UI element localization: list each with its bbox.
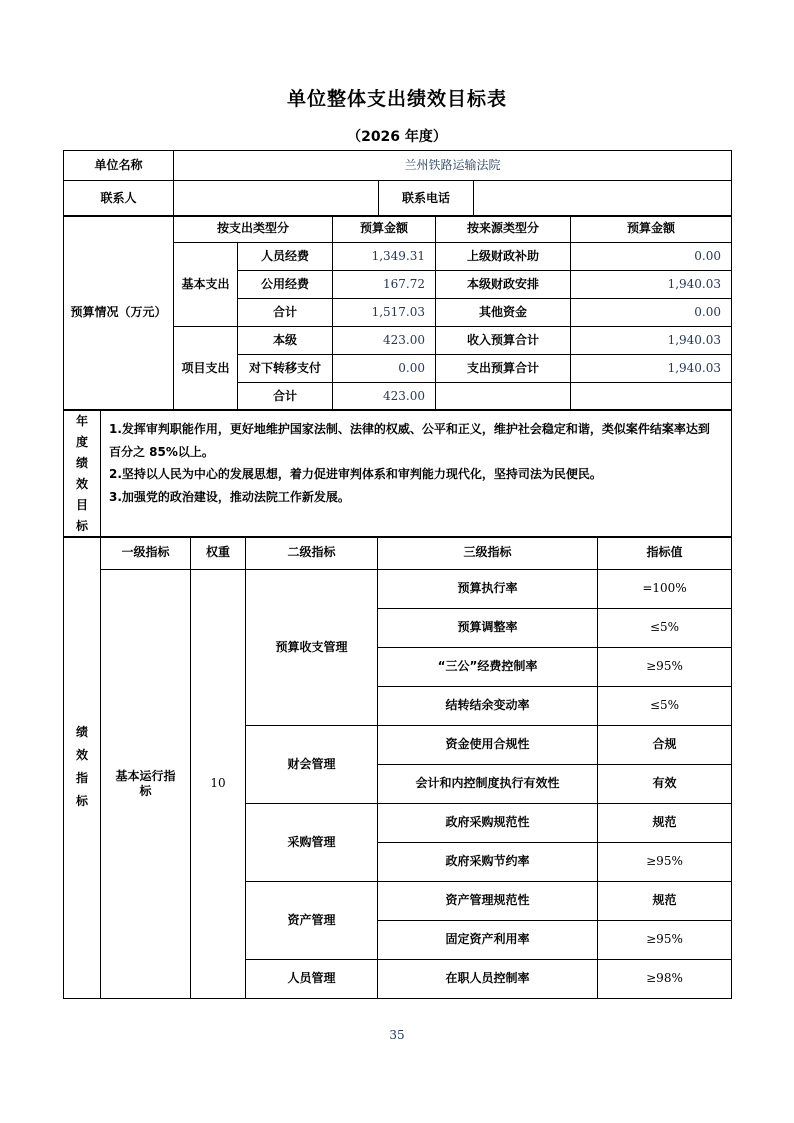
indicator-group-personnel: 人员管理 (246, 959, 378, 998)
indicator-name: 政府采购规范性 (378, 803, 598, 842)
page-title: 单位整体支出绩效目标表 (0, 84, 794, 111)
budget-source-label: 上级财政补助 (436, 242, 571, 270)
indicator-group-assets: 资产管理 (246, 881, 378, 959)
unit-name-label: 单位名称 (64, 151, 174, 181)
budget-source-amount (571, 382, 732, 410)
indicators-section-label: 绩 效 指 标 (64, 536, 101, 998)
indicator-weight-value: 10 (191, 569, 246, 998)
budget-item-amount: 1,349.31 (333, 242, 436, 270)
indicator-name: 资金使用合规性 (378, 725, 598, 764)
annual-goals-table: 年 度 绩 效 目 标 1.发挥审判职能作用，更好地维护国家法制、法律的权威、公… (63, 409, 732, 538)
indicators-header-value: 指标值 (598, 536, 732, 569)
indicator-value: ≥95% (598, 647, 732, 686)
indicator-value: 有效 (598, 764, 732, 803)
phone-label: 联系电话 (379, 181, 474, 217)
budget-source-label: 本级财政安排 (436, 270, 571, 298)
indicator-value: 规范 (598, 803, 732, 842)
budget-header-expense-type: 按支出类型分 (174, 215, 333, 242)
indicator-name: 预算调整率 (378, 608, 598, 647)
unit-name-value: 兰州铁路运输法院 (174, 151, 732, 181)
budget-header-source-type: 按来源类型分 (436, 215, 571, 242)
indicators-header-level3: 三级指标 (378, 536, 598, 569)
annual-goals-text: 1.发挥审判职能作用，更好地维护国家法制、法律的权威、公平和正义，维护社会稳定和… (101, 410, 731, 508)
budget-source-label (436, 382, 571, 410)
budget-item-amount: 167.72 (333, 270, 436, 298)
budget-source-amount: 0.00 (571, 242, 732, 270)
budget-item-label: 合计 (238, 382, 333, 410)
unit-info-table: 单位名称 兰州铁路运输法院 联系人 联系电话 (63, 150, 732, 217)
phone-value (474, 181, 732, 217)
budget-item-amount: 0.00 (333, 354, 436, 382)
budget-item-label: 公用经费 (238, 270, 333, 298)
contact-label: 联系人 (64, 181, 174, 217)
document-page: 单位整体支出绩效目标表 （2026 年度） 单位名称 兰州铁路运输法院 联系人 … (0, 0, 794, 1123)
indicators-table: 绩 效 指 标 一级指标 权重 二级指标 三级指标 指标值 基本运行指标 10 … (63, 536, 732, 999)
page-number: 35 (0, 1028, 794, 1042)
budget-source-amount: 1,940.03 (571, 326, 732, 354)
indicator-value: ≥95% (598, 920, 732, 959)
indicator-value: ≥98% (598, 959, 732, 998)
budget-group-project: 项目支出 (174, 326, 238, 410)
budget-item-label: 本级 (238, 326, 333, 354)
budget-item-label: 对下转移支付 (238, 354, 333, 382)
page-subtitle: （2026 年度） (0, 126, 794, 146)
indicator-value: ≥95% (598, 842, 732, 881)
indicator-value: 规范 (598, 881, 732, 920)
indicator-value: 合规 (598, 725, 732, 764)
budget-source-amount: 0.00 (571, 298, 732, 326)
budget-item-amount: 1,517.03 (333, 298, 436, 326)
budget-group-basic: 基本支出 (174, 242, 238, 326)
indicator-value: =100% (598, 569, 732, 608)
indicators-header-level2: 二级指标 (246, 536, 378, 569)
indicator-group-procurement: 采购管理 (246, 803, 378, 881)
budget-header-amount-1: 预算金额 (333, 215, 436, 242)
indicator-name: 资产管理规范性 (378, 881, 598, 920)
indicator-group-budget: 预算收支管理 (246, 569, 378, 725)
budget-item-label: 合计 (238, 298, 333, 326)
indicator-group-finance: 财会管理 (246, 725, 378, 803)
indicator-name: 政府采购节约率 (378, 842, 598, 881)
budget-source-amount: 1,940.03 (571, 270, 732, 298)
budget-source-label: 收入预算合计 (436, 326, 571, 354)
indicator-name: 结转结余变动率 (378, 686, 598, 725)
budget-table: 预算情况（万元） 按支出类型分 预算金额 按来源类型分 预算金额 基本支出 人员… (63, 215, 732, 411)
indicator-value: ≤5% (598, 608, 732, 647)
indicators-header-level1: 一级指标 (101, 536, 191, 569)
indicator-name: 预算执行率 (378, 569, 598, 608)
annual-goals-label: 年 度 绩 效 目 标 (64, 410, 101, 538)
indicator-name: 会计和内控制度执行有效性 (378, 764, 598, 803)
indicator-value: ≤5% (598, 686, 732, 725)
indicator-name: 固定资产利用率 (378, 920, 598, 959)
budget-source-label: 其他资金 (436, 298, 571, 326)
budget-section-label: 预算情况（万元） (64, 215, 174, 410)
indicator-name: 在职人员控制率 (378, 959, 598, 998)
budget-source-amount: 1,940.03 (571, 354, 732, 382)
budget-source-label: 支出预算合计 (436, 354, 571, 382)
budget-item-amount: 423.00 (333, 326, 436, 354)
annual-goals-cell: 1.发挥审判职能作用，更好地维护国家法制、法律的权威、公平和正义，维护社会稳定和… (101, 410, 732, 538)
budget-item-amount: 423.00 (333, 382, 436, 410)
budget-item-label: 人员经费 (238, 242, 333, 270)
indicator-level1-value: 基本运行指标 (101, 569, 191, 998)
contact-value (174, 181, 379, 217)
indicators-header-weight: 权重 (191, 536, 246, 569)
indicator-name: “三公”经费控制率 (378, 647, 598, 686)
budget-header-amount-2: 预算金额 (571, 215, 732, 242)
